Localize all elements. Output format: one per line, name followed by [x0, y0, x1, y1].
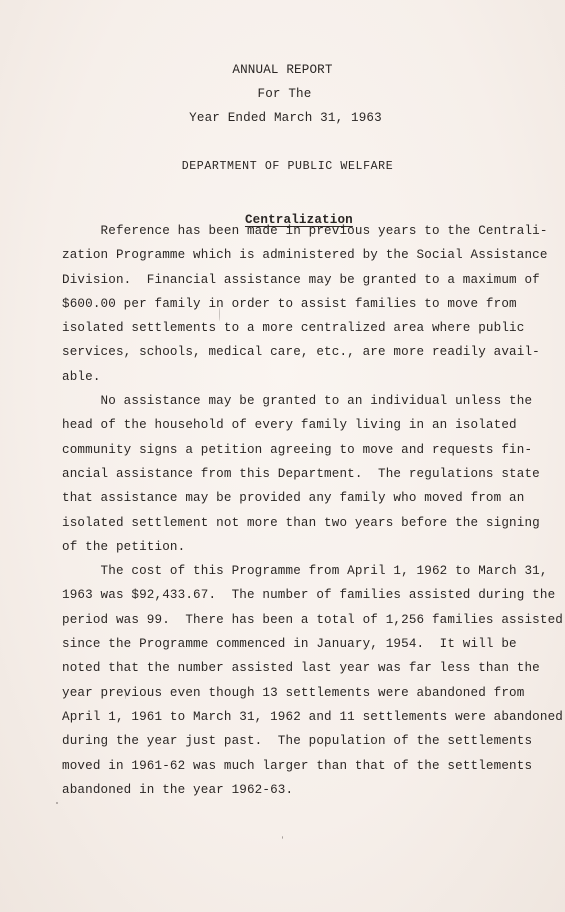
paragraph: The cost of this Programme from April 1,… — [62, 559, 542, 802]
text-line: ancial assistance from this Department. … — [62, 462, 542, 486]
report-title: ANNUAL REPORT — [0, 62, 565, 78]
text-line: The cost of this Programme from April 1,… — [62, 559, 542, 583]
text-line: abandoned in the year 1962-63. — [62, 778, 542, 802]
paper-speck — [219, 307, 220, 321]
text-line: that assistance may be provided any fami… — [62, 486, 542, 510]
text-line: community signs a petition agreeing to m… — [62, 438, 542, 462]
text-line: Reference has been made in previous year… — [62, 219, 542, 243]
text-line: $600.00 per family in order to assist fa… — [62, 292, 542, 316]
paper-speck — [56, 802, 58, 804]
text-line: during the year just past. The populatio… — [62, 729, 542, 753]
text-line: 1963 was $92,433.67. The number of famil… — [62, 583, 542, 607]
text-line: able. — [62, 365, 542, 389]
text-line: Division. Financial assistance may be gr… — [62, 268, 542, 292]
text-line: No assistance may be granted to an indiv… — [62, 389, 542, 413]
paper-speck — [282, 836, 283, 839]
document-page: ANNUAL REPORT For The Year Ended March 3… — [0, 0, 565, 912]
report-period: Year Ended March 31, 1963 — [0, 110, 565, 126]
text-line: moved in 1961-62 was much larger than th… — [62, 754, 542, 778]
text-line: of the petition. — [62, 535, 542, 559]
text-line: isolated settlements to a more centraliz… — [62, 316, 542, 340]
text-line: noted that the number assisted last year… — [62, 656, 542, 680]
paper-speck — [125, 691, 126, 699]
paragraph: No assistance may be granted to an indiv… — [62, 389, 542, 559]
text-line: head of the household of every family li… — [62, 413, 542, 437]
department-name: DEPARTMENT OF PUBLIC WELFARE — [0, 159, 565, 175]
text-line: isolated settlement not more than two ye… — [62, 511, 542, 535]
report-subtitle-for: For The — [0, 86, 565, 102]
text-line: since the Programme commenced in January… — [62, 632, 542, 656]
text-line: year previous even though 13 settlements… — [62, 681, 542, 705]
text-line: services, schools, medical care, etc., a… — [62, 340, 542, 364]
body-text: Reference has been made in previous year… — [62, 219, 542, 802]
paragraph: Reference has been made in previous year… — [62, 219, 542, 389]
text-line: period was 99. There has been a total of… — [62, 608, 542, 632]
text-line: April 1, 1961 to March 31, 1962 and 11 s… — [62, 705, 542, 729]
text-line: zation Programme which is administered b… — [62, 243, 542, 267]
